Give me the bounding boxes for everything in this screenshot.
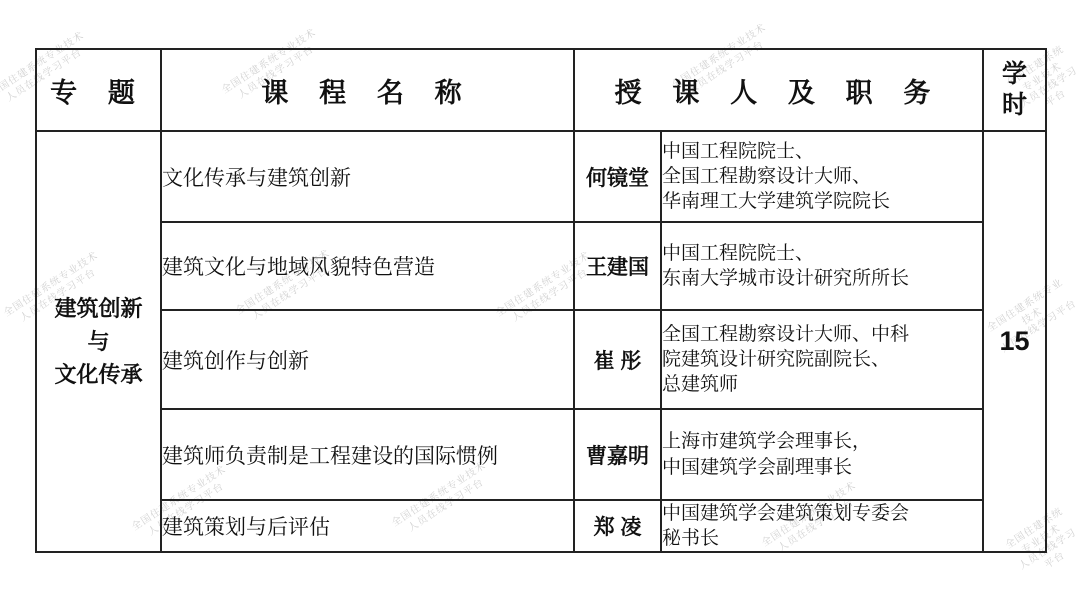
slide-canvas: 全国住建系统专业技术 人员在线学习平台 全国住建系统专业技术 人员在线学习平台 …	[0, 0, 1080, 608]
course-cell: 建筑策划与后评估	[161, 500, 574, 552]
table-row: 建筑策划与后评估 郑 凌 中国建筑学会建筑策划专委会 秘书长	[36, 500, 1046, 552]
lecturer-name-cell: 崔 彤	[574, 310, 661, 409]
course-schedule-table: 专 题 课 程 名 称 授 课 人 及 职 务 学 时 建筑创新 与 文化传承 …	[35, 48, 1047, 553]
table-row: 建筑师负责制是工程建设的国际惯例 曹嘉明 上海市建筑学会理事长， 中国建筑学会副…	[36, 409, 1046, 500]
header-hours: 学 时	[983, 49, 1046, 131]
course-cell: 建筑师负责制是工程建设的国际惯例	[161, 409, 574, 500]
table-header-row: 专 题 课 程 名 称 授 课 人 及 职 务 学 时	[36, 49, 1046, 131]
lecturer-name-cell: 何镜堂	[574, 131, 661, 222]
hours-cell: 15	[983, 131, 1046, 552]
lecturer-name-cell: 郑 凌	[574, 500, 661, 552]
course-cell: 建筑文化与地域风貌特色营造	[161, 222, 574, 310]
lecturer-title-cell: 中国工程院院士、 全国工程勘察设计大师、 华南理工大学建筑学院院长	[661, 131, 983, 222]
lecturer-name-cell: 王建国	[574, 222, 661, 310]
topic-span-cell: 建筑创新 与 文化传承	[36, 131, 161, 552]
lecturer-title-cell: 中国建筑学会建筑策划专委会 秘书长	[661, 500, 983, 552]
header-course: 课 程 名 称	[161, 49, 574, 131]
course-cell: 文化传承与建筑创新	[161, 131, 574, 222]
lecturer-name-cell: 曹嘉明	[574, 409, 661, 500]
table-row: 建筑文化与地域风貌特色营造 王建国 中国工程院院士、 东南大学城市设计研究所所长	[36, 222, 1046, 310]
header-lecturer: 授 课 人 及 职 务	[574, 49, 983, 131]
table-row: 建筑创新 与 文化传承 文化传承与建筑创新 何镜堂 中国工程院院士、 全国工程勘…	[36, 131, 1046, 222]
table-row: 建筑创作与创新 崔 彤 全国工程勘察设计大师、中科 院建筑设计研究院副院长、 总…	[36, 310, 1046, 409]
lecturer-title-cell: 中国工程院院士、 东南大学城市设计研究所所长	[661, 222, 983, 310]
lecturer-title-cell: 上海市建筑学会理事长， 中国建筑学会副理事长	[661, 409, 983, 500]
lecturer-title-cell: 全国工程勘察设计大师、中科 院建筑设计研究院副院长、 总建筑师	[661, 310, 983, 409]
course-cell: 建筑创作与创新	[161, 310, 574, 409]
header-topic: 专 题	[36, 49, 161, 131]
